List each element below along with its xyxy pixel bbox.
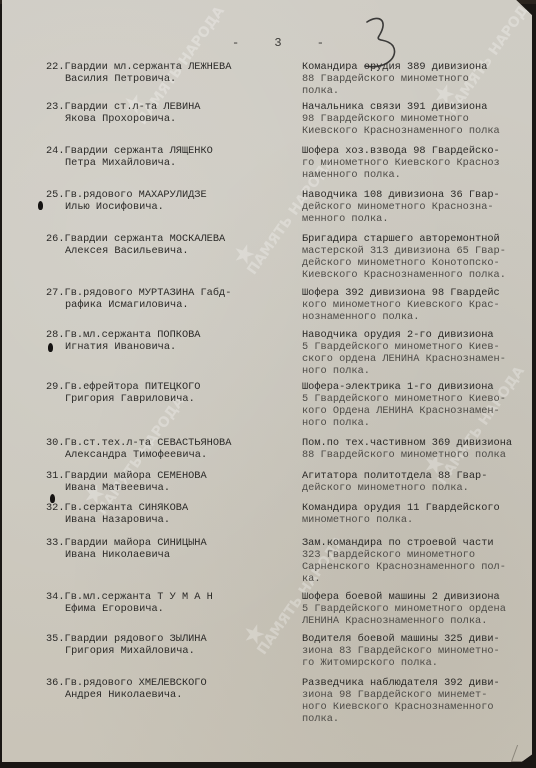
given-name-patronymic: Ивана Матвеевича.: [46, 482, 296, 494]
position-line: зиона 98 Гвардейского минемет-: [302, 689, 534, 701]
given-name-patronymic: рафика Исмагиловича.: [46, 299, 296, 311]
page-number: - 3 -: [232, 36, 338, 50]
position-line: мастерской 313 дивизиона 65 Гвар-: [302, 245, 534, 257]
position-line: Сарненского Краснознаменного пол-: [302, 561, 534, 573]
position-line: ного Киевского Краснознаменного: [302, 701, 534, 713]
position-line: зиона 83 Гвардейского минометно-: [302, 645, 534, 657]
given-name-patronymic: Андрея Николаевича.: [46, 689, 296, 701]
watermark: ★ПАМЯТЬ НАРОДА: [432, 0, 536, 117]
position-line: ка.: [302, 573, 534, 585]
position-line: Зам.командира по строевой части: [302, 537, 534, 549]
position-line: ного полка.: [302, 417, 534, 429]
person-name-block: 27.Гв.рядового МУРТАЗИНА Габд-рафика Исм…: [46, 287, 296, 311]
rank-and-surname: 26.Гвардии сержанта МОСКАЛЕВА: [46, 233, 225, 245]
rank-and-surname: 23.Гвардии ст.л-та ЛЕВИНА: [46, 101, 200, 113]
given-name-patronymic: Игнатия Ивановича.: [46, 341, 296, 353]
document-page: ★ПАМЯТЬ НАРОДА ★ПАМЯТЬ НАРОДА ★ПАМЯТЬ НА…: [2, 0, 532, 762]
position-line: Начальника связи 391 дивизиона: [302, 101, 534, 113]
position-line: 88 Гвардейского минометного: [302, 73, 534, 85]
position-description: Водителя боевой машины 325 диви-зиона 83…: [302, 633, 534, 669]
ink-blot: [38, 201, 43, 210]
position-description: Пом.по тех.частивном 369 дивизиона88 Гва…: [302, 437, 534, 461]
given-name-patronymic: Илью Иосифовича.: [46, 201, 296, 213]
rank-and-surname: 29.Гв.ефрейтора ПИТЕЦКОГО: [46, 381, 200, 393]
person-name-block: 34.Гв.мл.сержанта Т У М А НЕфима Егорови…: [46, 591, 296, 615]
given-name-patronymic: Якова Прохоровича.: [46, 113, 296, 125]
position-description: Начальника связи 391 дивизиона98 Гвардей…: [302, 101, 534, 137]
position-line: Бригадира старшего авторемонтной: [302, 233, 534, 245]
given-name-patronymic: Григория Михайловича.: [46, 645, 296, 657]
given-name-patronymic: Ефима Егоровича.: [46, 603, 296, 615]
person-name-block: 36.Гв.рядового ХМЕЛЕВСКОГОАндрея Николае…: [46, 677, 296, 701]
position-line: кого Ордена ЛЕНИНА Краснознамен-: [302, 405, 534, 417]
position-line: Агитатора политотдела 88 Гвар-: [302, 470, 534, 482]
position-description: Бригадира старшего авторемонтноймастерск…: [302, 233, 534, 281]
given-name-patronymic: Василия Петровича.: [46, 73, 296, 85]
person-name-block: 32.Гв.сержанта СИНЯКОВАИвана Назаровича.: [46, 502, 296, 526]
position-description: Шофера-электрика 1-го дивизиона5 Гвардей…: [302, 381, 534, 429]
position-line: Водителя боевой машины 325 диви-: [302, 633, 534, 645]
person-name-block: 26.Гвардии сержанта МОСКАЛЕВААлексея Вас…: [46, 233, 296, 257]
person-name-block: 29.Гв.ефрейтора ПИТЕЦКОГОГригория Гаврил…: [46, 381, 296, 405]
position-line: Командира орудия 11 Гвардейского: [302, 502, 534, 514]
position-line: 5 Гвардейского минометного Киев-: [302, 341, 534, 353]
position-line: Шофера хоз.взвода 98 Гвардейско-: [302, 145, 534, 157]
position-line: ЛЕНИНА Краснознаменного полка.: [302, 615, 534, 627]
rank-and-surname: 33.Гвардии майора СИНИЦЫНА: [46, 537, 207, 549]
position-line: Киевского Краснознаменного полка: [302, 125, 534, 137]
person-name-block: 35.Гвардии рядового ЗЫЛИНАГригория Михай…: [46, 633, 296, 657]
position-line: го Житомирского полка.: [302, 657, 534, 669]
position-line: Наводчика орудия 2-го дивизиона: [302, 329, 534, 341]
rank-and-surname: 34.Гв.мл.сержанта Т У М А Н: [46, 591, 213, 603]
position-description: Командира орудия 11 Гвардейскогоминометн…: [302, 502, 534, 526]
rank-and-surname: 27.Гв.рядового МУРТАЗИНА Габд-: [46, 287, 231, 299]
rank-and-surname: 32.Гв.сержанта СИНЯКОВА: [46, 502, 188, 514]
given-name-patronymic: Григория Гавриловича.: [46, 393, 296, 405]
position-line: Наводчика 108 дивизиона 36 Гвар-: [302, 189, 534, 201]
given-name-patronymic: Ивана Николаевича: [46, 549, 296, 561]
position-line: минометного полка.: [302, 514, 534, 526]
position-line: Пом.по тех.частивном 369 дивизиона: [302, 437, 534, 449]
person-name-block: 33.Гвардии майора СИНИЦЫНАИвана Николаев…: [46, 537, 296, 561]
position-line: кого минометного Киевского Крас-: [302, 299, 534, 311]
position-line: 88 Гвардейского минометного полка: [302, 449, 534, 461]
rank-and-surname: 36.Гв.рядового ХМЕЛЕВСКОГО: [46, 677, 207, 689]
rank-and-surname: 25.Гв.рядового МАХАРУЛИДЗЕ: [46, 189, 207, 201]
position-line: Разведчика наблюдателя 392 диви-: [302, 677, 534, 689]
rank-and-surname: 31.Гвардии майора СЕМЕНОВА: [46, 470, 207, 482]
position-line: 5 Гвардейского минометного ордена: [302, 603, 534, 615]
position-line: Командира орудия 389 дивизиона: [302, 61, 534, 73]
position-line: ного полка.: [302, 365, 534, 377]
position-line: Шофера 392 дивизиона 98 Гвардейс: [302, 287, 534, 299]
position-line: менного полка.: [302, 213, 534, 225]
position-line: ского ордена ЛЕНИНА Краснознамен-: [302, 353, 534, 365]
position-line: го минометного Киевского Красноз: [302, 157, 534, 169]
position-line: Киевского Краснознаменного полка.: [302, 269, 534, 281]
rank-and-surname: 24.Гвардии сержанта ЛЯЩЕНКО: [46, 145, 213, 157]
position-line: нознаменного полка.: [302, 311, 534, 323]
position-line: 5 Гвардейского минометного Киево-: [302, 393, 534, 405]
position-description: Шофера 392 дивизиона 98 Гвардейского мин…: [302, 287, 534, 323]
position-line: полка.: [302, 85, 534, 97]
person-name-block: 30.Гв.ст.тех.л-та СЕВАСТЬЯНОВААлександра…: [46, 437, 296, 461]
position-description: Агитатора политотдела 88 Гвар-дейского м…: [302, 470, 534, 494]
position-description: Шофера хоз.взвода 98 Гвардейско-го мином…: [302, 145, 534, 181]
person-name-block: 25.Гв.рядового МАХАРУЛИДЗЕИлью Иосифович…: [46, 189, 296, 213]
person-name-block: 24.Гвардии сержанта ЛЯЩЕНКОПетра Михайло…: [46, 145, 296, 169]
position-description: Разведчика наблюдателя 392 диви-зиона 98…: [302, 677, 534, 725]
position-description: Командира орудия 389 дивизиона88 Гвардей…: [302, 61, 534, 97]
position-line: наменного полка.: [302, 169, 534, 181]
position-description: Зам.командира по строевой части323 Гвард…: [302, 537, 534, 585]
rank-and-surname: 22.Гвардии мл.сержанта ЛЕЖНЕВА: [46, 61, 231, 73]
position-line: Шофера-электрика 1-го дивизиона: [302, 381, 534, 393]
position-line: дейского минометного Краснозна-: [302, 201, 534, 213]
position-line: 98 Гвардейского минометного: [302, 113, 534, 125]
position-line: 323 Гвардейского минометного: [302, 549, 534, 561]
position-description: Наводчика орудия 2-го дивизиона5 Гвардей…: [302, 329, 534, 377]
given-name-patronymic: Петра Михайловича.: [46, 157, 296, 169]
position-description: Наводчика 108 дивизиона 36 Гвар-дейского…: [302, 189, 534, 225]
corner-fold: [511, 745, 534, 762]
person-name-block: 28.Гв.мл.сержанта ПОПКОВАИгнатия Иванови…: [46, 329, 296, 353]
given-name-patronymic: Алексея Васильевича.: [46, 245, 296, 257]
position-line: дейского минометного полка.: [302, 482, 534, 494]
person-name-block: 31.Гвардии майора СЕМЕНОВАИвана Матвееви…: [46, 470, 296, 494]
rank-and-surname: 28.Гв.мл.сержанта ПОПКОВА: [46, 329, 200, 341]
position-line: Шофера боевой машины 2 дивизиона: [302, 591, 534, 603]
given-name-patronymic: Александра Тимофеевича.: [46, 449, 296, 461]
position-line: полка.: [302, 713, 534, 725]
rank-and-surname: 30.Гв.ст.тех.л-та СЕВАСТЬЯНОВА: [46, 437, 231, 449]
person-name-block: 22.Гвардии мл.сержанта ЛЕЖНЕВАВасилия Пе…: [46, 61, 296, 85]
position-description: Шофера боевой машины 2 дивизиона5 Гварде…: [302, 591, 534, 627]
person-name-block: 23.Гвардии ст.л-та ЛЕВИНАЯкова Прохорови…: [46, 101, 296, 125]
rank-and-surname: 35.Гвардии рядового ЗЫЛИНА: [46, 633, 207, 645]
given-name-patronymic: Ивана Назаровича.: [46, 514, 296, 526]
position-line: дейского минометного Конотопско-: [302, 257, 534, 269]
